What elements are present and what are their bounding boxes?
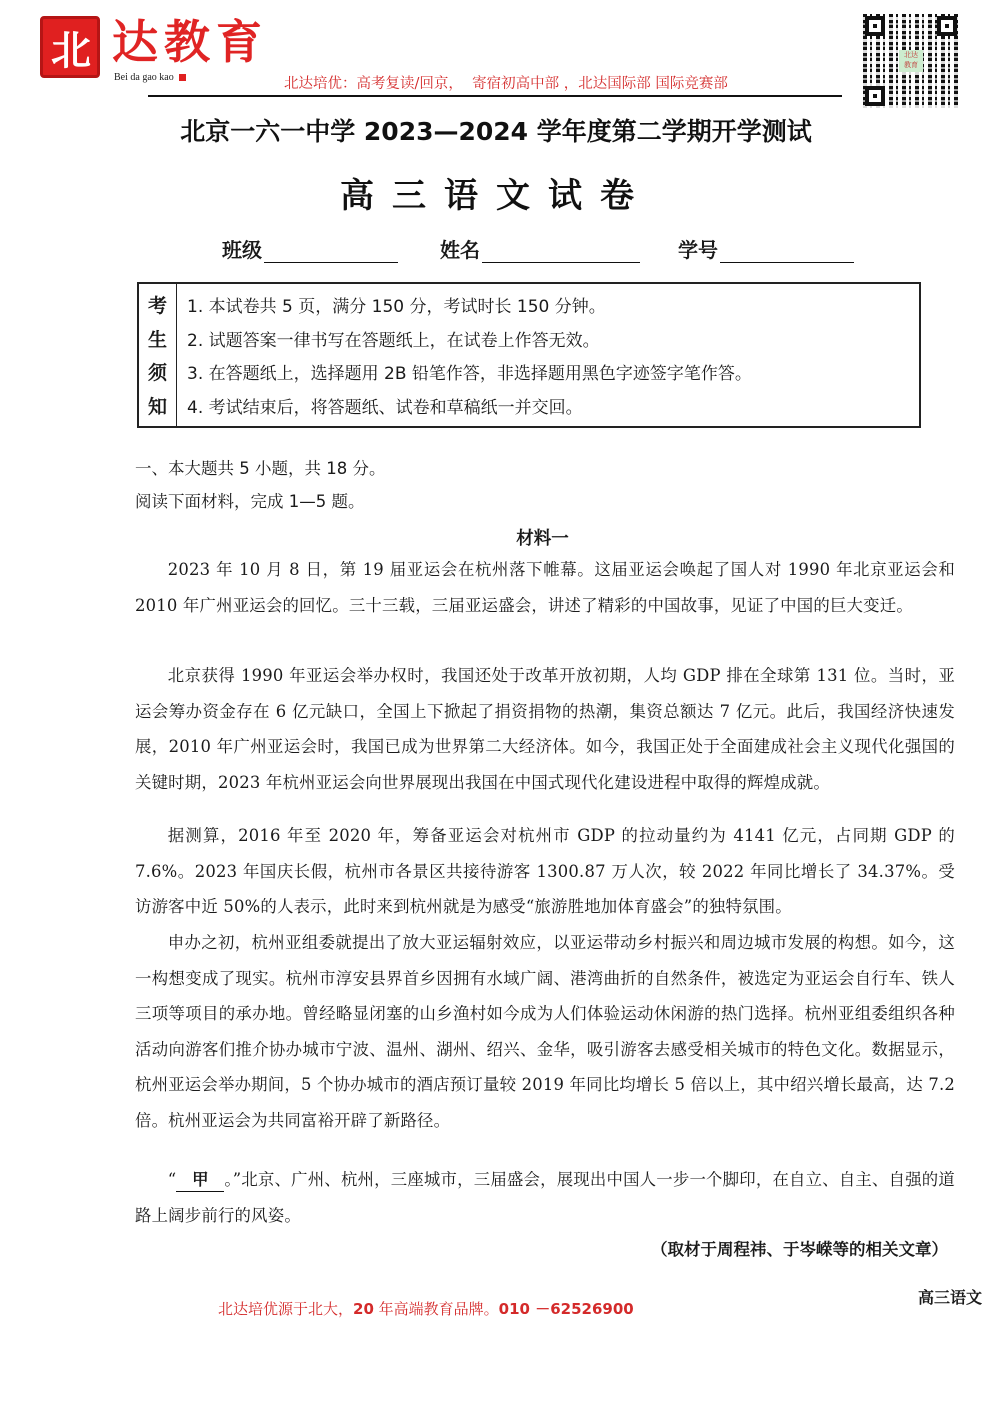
banner-slogan: 北达培优：高考复读/回京， 寄宿初高中部 ，北达国际部 国际竞赛部: [284, 72, 728, 93]
material-title: 材料一: [0, 525, 992, 550]
red-square-icon: [179, 74, 186, 81]
class-label: 班级: [222, 234, 262, 263]
logo-subtitle-text: Bei da gao kao: [114, 72, 174, 83]
ad-text: 北达培优源于北大，: [218, 1300, 353, 1318]
class-field[interactable]: 班级: [222, 234, 398, 263]
logo-mark-char: 北: [51, 19, 89, 76]
section-instruction: 阅读下面材料，完成 1—5 题。: [135, 488, 365, 512]
ad-phone: 010 －62526900: [499, 1300, 634, 1318]
notice-item: 2. 试题答案一律书写在答题纸上，在试卷上作答无效。: [187, 326, 919, 351]
banner-divider: [148, 95, 842, 97]
page-subject-tag: 高三语文: [918, 1285, 982, 1308]
notice-item: 3. 在答题纸上，选择题用 2B 铅笔作答，非选择题用黑色字迹签字笔作答。: [187, 359, 919, 384]
paragraph: 申办之初，杭州亚组委就提出了放大亚运辐射效应，以亚运带动乡村振兴和周边城市发展的…: [135, 925, 955, 1138]
answer-blank-jia[interactable]: 甲: [176, 1169, 224, 1192]
notice-side-label: 考 生 须 知: [139, 284, 177, 426]
notice-side-char: 考: [148, 291, 167, 318]
paragraph: 北京获得 1990 年亚运会举办权时，我国还处于改革开放初期，人均 GDP 排在…: [135, 658, 955, 800]
paragraph: 2023 年 10 月 8 日，第 19 届亚运会在杭州落下帷幕。这届亚运会唤起…: [135, 552, 955, 623]
notice-side-char: 知: [148, 392, 167, 419]
notice-items: 1. 本试卷共 5 页，满分 150 分，考试时长 150 分钟。 2. 试题答…: [177, 284, 919, 426]
qr-code-icon: 北达教育: [863, 14, 959, 108]
notice-side-char: 生: [148, 325, 167, 352]
source-citation: （取材于周程祎、于岑嵘等的相关文章）: [651, 1236, 948, 1260]
name-label: 姓名: [440, 234, 480, 263]
notice-item: 4. 考试结束后，将答题纸、试卷和草稿纸一并交回。: [187, 393, 919, 418]
class-blank[interactable]: [264, 236, 398, 263]
exam-notice-box: 考 生 须 知 1. 本试卷共 5 页，满分 150 分，考试时长 150 分钟…: [137, 282, 921, 428]
name-field[interactable]: 姓名: [440, 234, 640, 263]
qr-finder-top-right: [937, 16, 957, 36]
footer-advertisement: 北达培优源于北大，20 年高端教育品牌。010 －62526900: [218, 1298, 634, 1319]
notice-side-char: 须: [148, 358, 167, 385]
school-title: 北京一六一中学 2023—2024 学年度第二学期开学测试: [0, 112, 992, 148]
paragraph: 据测算，2016 年至 2020 年，筹备亚运会对杭州市 GDP 的拉动量约为 …: [135, 818, 955, 925]
student-id-blank[interactable]: [720, 236, 854, 263]
logo-text: 达教育: [112, 14, 268, 70]
ad-years: 20: [353, 1300, 374, 1318]
qr-center-label: 北达教育: [899, 50, 923, 72]
logo-mark: 北: [40, 16, 100, 78]
qr-finder-top-left: [865, 16, 885, 36]
notice-item: 1. 本试卷共 5 页，满分 150 分，考试时长 150 分钟。: [187, 292, 919, 317]
logo-subtitle: Bei da gao kao: [114, 72, 186, 83]
section-heading: 一、本大题共 5 小题，共 18 分。: [135, 455, 385, 479]
paragraph-with-blank: “甲。”北京、广州、杭州，三座城市，三届盛会，展现出中国人一步一个脚印，在自立、…: [135, 1162, 955, 1233]
student-id-field[interactable]: 学号: [678, 234, 854, 263]
ad-text: 年高端教育品牌。: [374, 1300, 499, 1318]
student-info-row: 班级 姓名 学号: [222, 234, 862, 266]
student-id-label: 学号: [678, 234, 718, 263]
paper-title: 高三语文试卷: [0, 168, 992, 217]
qr-finder-bottom-left: [865, 86, 885, 106]
name-blank[interactable]: [482, 236, 640, 263]
open-quote: “: [168, 1170, 177, 1189]
paragraph-text: 。”北京、广州、杭州，三座城市，三届盛会，展现出中国人一步一个脚印，在自立、自主…: [135, 1170, 955, 1225]
